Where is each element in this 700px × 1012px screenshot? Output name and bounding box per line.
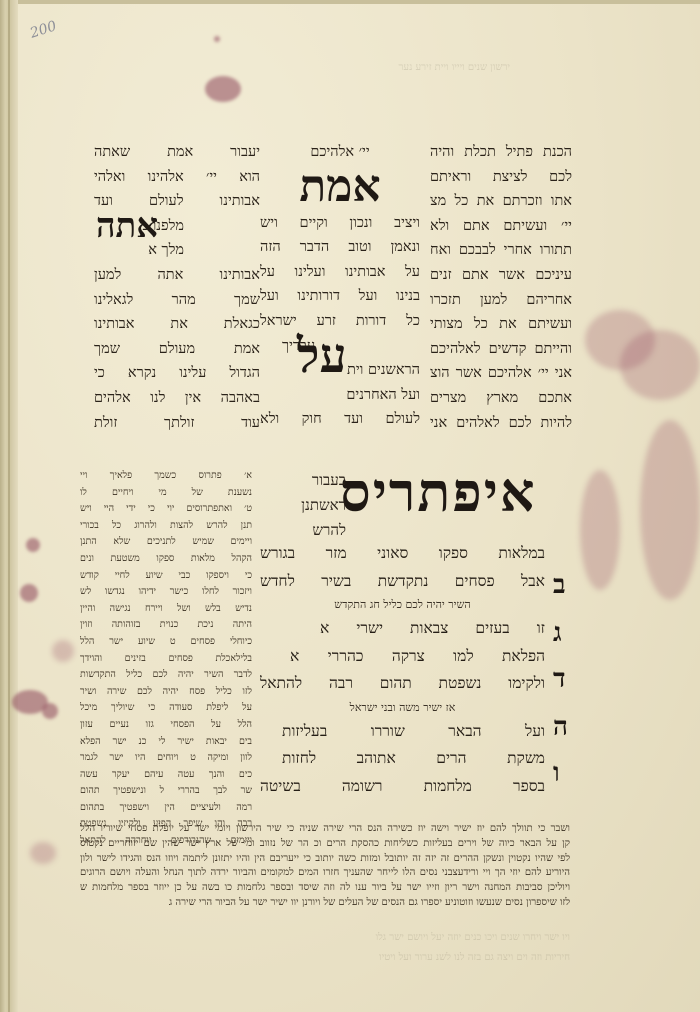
commentary-line: ושבר כי תוולך להם יוז ישיר וישה יוז כשיר… <box>80 822 570 837</box>
piyyut-line: משקת הרים אתוהב לחזות <box>260 745 545 773</box>
stain <box>20 584 38 602</box>
text-line: אתו וזכרתם את כל מצ <box>430 189 572 214</box>
commentary-line: שר לבך בהררי ל ונישפטיך תהום <box>80 783 252 800</box>
stain <box>620 330 700 400</box>
text-line: ויציב ונכון וקיים ויש <box>260 211 420 236</box>
text-line: בנינו ועל דורותינו ועל <box>260 284 420 309</box>
text-line: ועשיתם את כל מצותי <box>430 312 572 337</box>
text-line: לעולם ועד חוק ולא <box>260 407 420 432</box>
text-line: אתכם מארץ מצרים <box>430 386 572 411</box>
text-line: אבותינו אתה למען <box>94 263 260 288</box>
commentary-line: הלל על הפסחי גזו נעיים עזון <box>80 717 252 734</box>
text-line: ונאמן וטוב הדבר הזה <box>260 235 420 260</box>
text-line: הגדול עלינו נקרא כי <box>94 361 260 386</box>
commentary-line: בלילאכלת פסחים בזינים והוידך <box>80 651 252 668</box>
bleed-through-text: חיריות וזה וים ויצה גם בזה לנו לשנ ערור … <box>90 950 570 965</box>
display-word-ata: אתה <box>96 206 158 246</box>
commentary-line: תנן להרש להצות ולהרוג כל בכורי <box>80 518 252 535</box>
commentary-line: קן על הבאר כיוה של וירים בעליזות כשליחות… <box>80 837 570 852</box>
binding-gutter <box>0 0 18 1012</box>
commentary-line: לזו כליל פסח יהיה לכם שירה ושיר <box>80 684 252 701</box>
commentary-line: כי ויספקו כבי שיוע לחיי קודש <box>80 568 252 585</box>
commentary-line: רמה ולעיציים הין וישפטיך בתהום <box>80 800 252 817</box>
commentary-left-column: א׳ פתרוס כשמך פלאיך ויי נשענת של מי ויחי… <box>80 468 252 850</box>
commentary-line: נשענת של מי ויחיים לו <box>80 485 252 502</box>
commentary-line: ט׳ ואתפתרוסים יוי כי ידי היי ויש <box>80 501 252 518</box>
commentary-line: היוריע להם יוזי הך ויי ורידעצבני נסים הל… <box>80 866 570 881</box>
piyyut-line-rubric: אז ישיר משה ובני ישראל <box>260 698 545 718</box>
main-text-left-column: יעבור אמת שאתה הוא יי׳ אלהינו ואלהי אבות… <box>94 140 260 435</box>
text-line: כגאלת את אבותינו <box>94 312 260 337</box>
piyyut-line: אבל פסחים נתקדשת בשיר לחדש <box>260 568 545 596</box>
commentary-line: בים יבאות ישיר לי כנ ישר הפלא <box>80 734 252 751</box>
text-line: אחריהם למען תזכרו <box>430 288 572 313</box>
display-word-emet: אמת <box>260 167 420 207</box>
text-line: יי׳ ועשיתם אתם ולא <box>430 214 572 239</box>
manuscript-page: 200 ירשון שנים ויייו ויית זירע נער ויו י… <box>0 0 700 1012</box>
commentary-bottom: ושבר כי תוולך להם יוז ישיר וישה יוז כשיר… <box>80 822 570 911</box>
commentary-line: הקהל מלאות ספקו משטעת ונים <box>80 551 252 568</box>
piyyut-title: איפתריס <box>340 460 537 524</box>
text-line: תתורו אחרי לבבכם ואח <box>430 238 572 263</box>
bleed-through-text: ירשון שנים ויייו ויית זירע נער <box>110 60 510 75</box>
piyyut-line-rubric: השיר יהיה לכם כליל חג התקדש <box>260 595 545 615</box>
stain <box>214 36 220 42</box>
text-line: להיות לכם לאלהים אני <box>430 411 572 436</box>
stanza-letter-dalet: ד <box>553 664 566 694</box>
text-line: הוא יי׳ אלהינו ואלהי <box>94 165 260 190</box>
folio-number: 200 <box>28 18 58 41</box>
text-line: עוד זולתך זולת <box>94 411 260 436</box>
main-text-right-column: הכנת פתיל תכלת והיה לכם לציצת וראיתם אתו… <box>430 140 572 435</box>
text-line: יעבור אמת שאתה <box>94 140 260 165</box>
text-line: עיניכם אשר אתם זנים <box>430 263 572 288</box>
stain <box>52 640 74 662</box>
text-line: הכנת פתיל תכלת והיה <box>430 140 572 165</box>
bleed-through-text: ויו ישר ויחרו שנים ויכו כנים יוזה יעל וי… <box>90 930 570 945</box>
stain <box>30 842 56 864</box>
stanza-letter-vav: ו <box>553 758 560 788</box>
commentary-line: על ליפלת סעודה כי שיוליך מיכל <box>80 700 252 717</box>
piyyut-line: במלאות ספקו סאוני מזר בגורש <box>260 540 545 568</box>
stanza-letter-gimel: ג <box>553 618 562 648</box>
stain <box>640 420 700 600</box>
piyyut-body: במלאות ספקו סאוני מזר בגורש אבל פסחים נת… <box>260 540 545 800</box>
text-line: אמת מעולם שמך <box>94 337 260 362</box>
commentary-line: כיוחלי פסחים ט שיוע ישר הלל <box>80 634 252 651</box>
text-line: שמך מהר לגאלינו <box>94 288 260 313</box>
commentary-line: ויימים שמיש לתניכים שלא התנן <box>80 534 252 551</box>
text-line: והייתם קדשים לאלהיכם <box>430 337 572 362</box>
text-line: על אבותינו ועלינו על <box>260 260 420 285</box>
text-line: בעבור <box>262 468 346 493</box>
text-line: באהבה אין לנו אלהים <box>94 386 260 411</box>
piyyut-line: ועל הבאר שוררו בעליזות <box>260 718 545 746</box>
stain <box>580 470 620 590</box>
text-line: ראשתנן <box>262 493 346 518</box>
stanza-letter-bet: ב <box>553 570 566 600</box>
piyyut-line: ולקימו נשפטת תהום רבה להתאל <box>260 670 545 698</box>
piyyut-side-heading: בעבור ראשתנן להרש <box>262 468 346 543</box>
commentary-line: א׳ פתרוס כשמך פלאיך ויי <box>80 468 252 485</box>
stain <box>42 703 58 719</box>
commentary-line: כים והנך עטה עיהם יעקר עשה <box>80 767 252 784</box>
commentary-line: לדבר השיר יהיה לכם כליל התקדשות <box>80 667 252 684</box>
text-line: לכם לציצת וראיתם <box>430 165 572 190</box>
text-line: ועל האחרנים <box>260 383 420 408</box>
commentary-line: ויזכור לחלו כישר ידיהו נגדשו לש <box>80 584 252 601</box>
text-line: אני יי׳ אלהיכם אשר הוצ <box>430 361 572 386</box>
stain <box>26 538 40 552</box>
page-top-edge <box>0 0 700 4</box>
piyyut-line: הפלאת למו צרקה כהררי א <box>260 643 545 671</box>
piyyut-line: בספר מלחמות רשומה בשיטה <box>260 773 545 801</box>
stain <box>205 76 241 102</box>
commentary-line: ויוליכן סביבות המחנה וישר ריון וזייו ישר… <box>80 881 570 896</box>
commentary-line: לזו שיספרון נסים שנעשו וזוטוניע יספרו גם… <box>80 896 570 911</box>
commentary-line: לוון ומיקה ט ויוחים היו ישר לגמר <box>80 750 252 767</box>
commentary-line: נדיש בלש ושל ויירח נגישה והיין <box>80 601 252 618</box>
piyyut-line: זו בעזים צבאות ישרי א <box>260 615 545 643</box>
main-text-middle-column: יי׳ אלהיכם אמת ויציב ונכון וקיים ויש ונא… <box>260 140 420 432</box>
commentary-line: לפי שהיו נקטוין ונשקן ההרים זה יזה זה יו… <box>80 852 570 867</box>
commentary-line: היתה ניכת כנוית בזוהותה וזוין <box>80 617 252 634</box>
display-word-al: על <box>297 328 347 384</box>
stanza-letter-he: ה <box>553 712 568 742</box>
